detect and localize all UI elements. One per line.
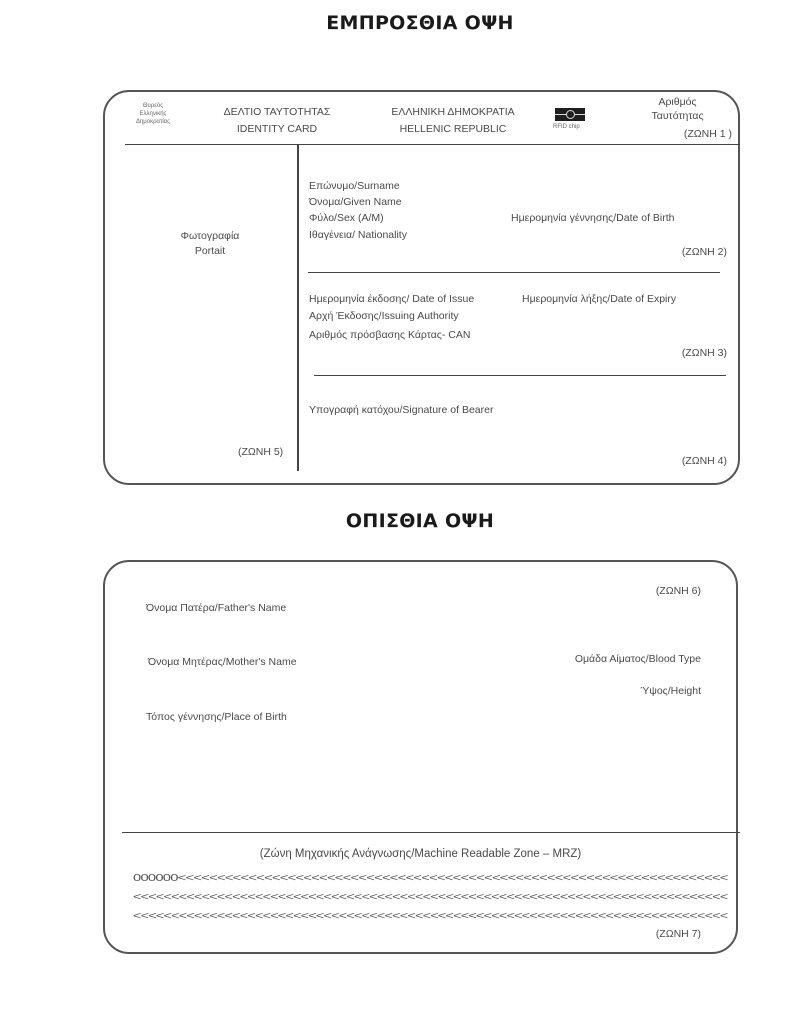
mrz-line-3: <<<<<<<<<<<<<<<<<<<<<<<<<<<<<<<<<<<<<<<<…	[133, 910, 728, 922]
place-of-birth-label: Τόπος γέννησης/Place of Birth	[146, 711, 287, 724]
country-name-english: HELLENIC REPUBLIC	[378, 123, 528, 136]
zone-7-label: (ΖΩΝΗ 7)	[600, 928, 701, 941]
coat-of-arms-line: Δημοκρατίας	[128, 119, 178, 127]
photo-label-greek: Φωτογραφία	[150, 230, 270, 243]
photo-placeholder: Φωτογραφία Portait	[150, 230, 270, 258]
coat-of-arms-line: Ελληνικής	[128, 111, 178, 119]
zone-2-label: (ΖΩΝΗ 2)	[620, 246, 727, 259]
nationality-label: Ιθαγένεια/ Nationality	[309, 229, 407, 242]
date-of-issue-label: Ημερομηνία έκδοσης/ Date of Issue	[309, 293, 474, 306]
zone-3-label: (ΖΩΝΗ 3)	[620, 347, 727, 360]
fathers-name-label: Όνομα Πατέρα/Father's Name	[146, 602, 286, 615]
mothers-name-label: Όνομα Μητέρας/Mother's Name	[148, 656, 297, 669]
zone-5-label: (ΖΩΝΗ 5)	[238, 446, 283, 459]
mrz-caption: (Ζώνη Μηχανικής Ανάγνωσης/Machine Readab…	[103, 847, 738, 861]
issuing-authority-label: Αρχή Έκδοσης/Issuing Authority	[309, 310, 459, 323]
card-title: ΔΕΛΤΙΟ ΤΑΥΤΟΤΗΤΑΣ IDENTITY CARD	[212, 106, 342, 136]
photo-label-english: Portait	[150, 245, 270, 258]
date-of-expiry-label: Ημερομηνία λήξης/Date of Expiry	[522, 293, 676, 306]
id-number-line1: Αριθμός	[640, 96, 715, 109]
blood-type-label: Ομάδα Αίματος/Blood Type	[520, 653, 701, 666]
coat-of-arms-line: Θυρεός	[128, 103, 178, 111]
signature-label: Υπογραφή κατόχου/Signature of Bearer	[309, 404, 493, 417]
can-label: Αριθμός πρόσβασης Κάρτας- CAN	[309, 329, 470, 342]
id-number-line2: Ταυτότητας	[640, 110, 715, 123]
id-number-label: Αριθμός Ταυτότητας	[640, 96, 715, 123]
front-card	[103, 90, 740, 485]
zone-4-label: (ΖΩΝΗ 4)	[620, 455, 727, 468]
front-side-title: ΕΜΠΡΟΣΘΙΑ ΟΨΗ	[0, 12, 800, 34]
header-divider	[125, 144, 740, 145]
mrz-divider	[122, 832, 740, 833]
given-name-label: Όνομα/Given Name	[309, 196, 402, 209]
zone-1-label: (ΖΩΝΗ 1 )	[640, 128, 732, 141]
sex-label: Φύλο/Sex (Α/Μ)	[309, 212, 384, 225]
zone-2-divider	[308, 272, 720, 273]
date-of-birth-label: Ημερομηνία γέννησης/Date of Birth	[511, 212, 675, 225]
back-side-title: ΟΠΙΣΘΙΑ ΟΨΗ	[0, 510, 800, 532]
card-title-english: IDENTITY CARD	[212, 123, 342, 136]
mrz-line-1: 000000<<<<<<<<<<<<<<<<<<<<<<<<<<<<<<<<<<…	[133, 872, 728, 884]
mrz-line-2: <<<<<<<<<<<<<<<<<<<<<<<<<<<<<<<<<<<<<<<<…	[133, 891, 728, 903]
coat-of-arms-placeholder: Θυρεός Ελληνικής Δημοκρατίας	[128, 103, 178, 126]
surname-label: Επώνυμο/Surname	[309, 180, 400, 193]
zone-3-divider	[314, 375, 726, 376]
card-title-greek: ΔΕΛΤΙΟ ΤΑΥΤΟΤΗΤΑΣ	[212, 106, 342, 119]
zone-6-label: (ΖΩΝΗ 6)	[600, 585, 701, 598]
photo-divider	[297, 145, 299, 471]
rfid-label: RFID chip	[553, 124, 580, 132]
rfid-chip-icon	[555, 108, 585, 121]
height-label: Ύψος/Height	[560, 685, 701, 698]
country-name-greek: ΕΛΛΗΝΙΚΗ ΔΗΜΟΚΡΑΤΙΑ	[378, 106, 528, 119]
country-name: ΕΛΛΗΝΙΚΗ ΔΗΜΟΚΡΑΤΙΑ HELLENIC REPUBLIC	[378, 106, 528, 136]
